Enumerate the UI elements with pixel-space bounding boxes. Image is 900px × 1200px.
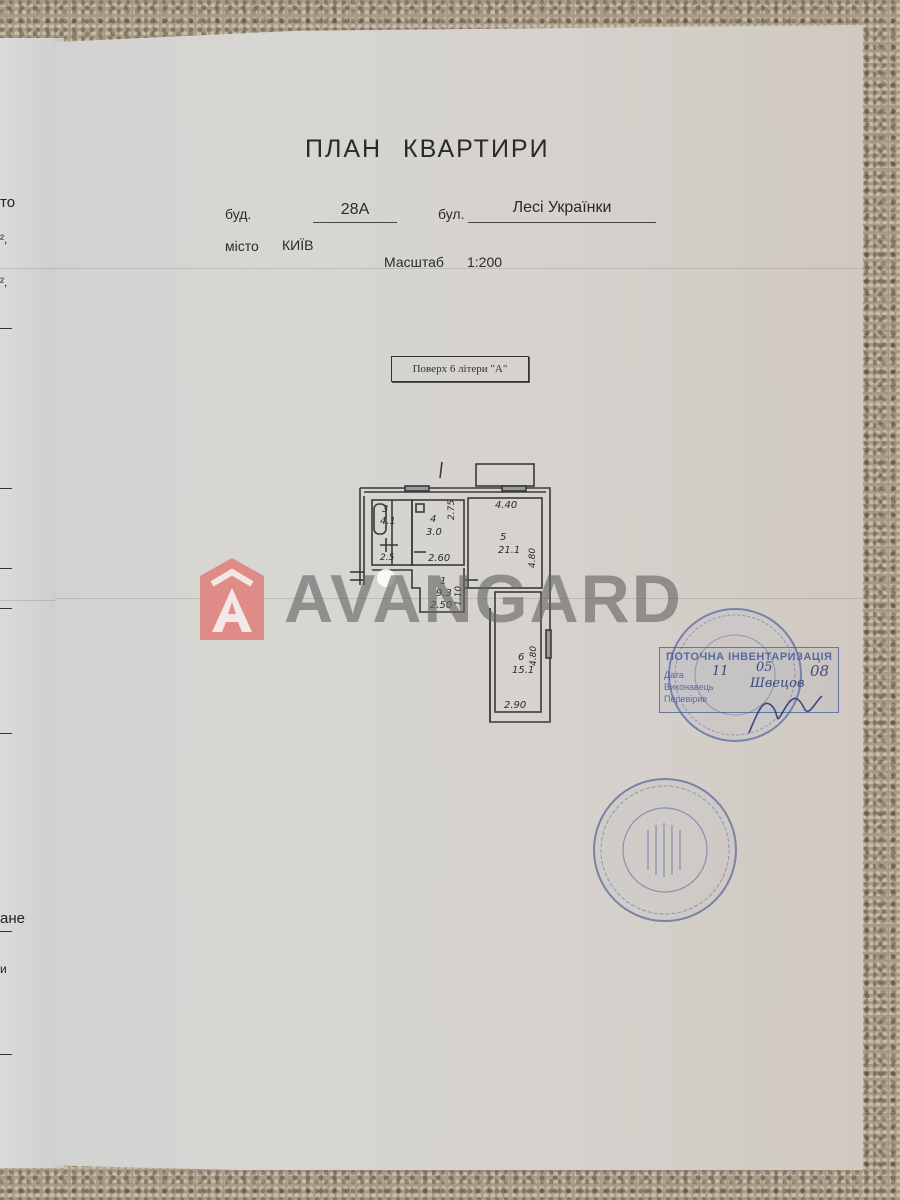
floor-label-box: Поверх 6 літери "А" [391,356,529,382]
room-number: 3 [382,504,388,515]
street-name: Лесі Українки [468,199,656,217]
stamp-day: 11 [712,664,729,679]
stamp-row-label: Перевірив [664,694,707,704]
underline [0,568,12,569]
room-number: 4 [430,514,436,525]
room-area: 3.0 [426,527,442,538]
underline [0,608,12,609]
signature [744,688,824,738]
scale-label: Масштаб [384,254,444,270]
fold-line [0,268,64,269]
avangard-logo-icon [200,558,264,640]
underline [313,222,397,223]
fold-line [55,268,863,269]
room-dimension: 4.40 [495,500,517,511]
city-name: КИЇВ [282,237,313,253]
room-number: 6 [518,652,524,663]
room-number: 5 [500,532,506,543]
room-area: 4.1 [380,516,396,527]
stamp-month: 05 [756,660,773,675]
scale-value: 1:200 [467,254,502,270]
room-dimension: 4.80 [529,646,539,666]
building-number: 28А [313,201,397,219]
text-fragment: ², [0,275,7,289]
underline [0,488,12,489]
stamp-row-label: Виконавець [664,682,714,692]
underline [0,1054,12,1055]
stamp-row-label: Дата [664,670,684,680]
room-area: 21.1 [498,545,520,556]
underline [0,931,12,932]
document-title: ПЛАН КВАРТИРИ [305,135,550,164]
room-dimension: 2.90 [504,700,526,711]
fold-line [0,600,64,601]
text-fragment: ане [0,910,25,927]
underline [0,328,12,329]
inventory-stamp: ПОТОЧНА ІНВЕНТАРИЗАЦІЯ Дата Виконавець П… [659,647,839,713]
underline [468,222,656,223]
street-label: бул. [438,206,464,222]
floor-plan-document: ПЛАН КВАРТИРИ буд. 28А бул. Лесі Українк… [55,25,863,1170]
room-dimension: 2.75 [447,500,457,520]
watermark: AVANGARD [200,558,683,640]
city-label: місто [225,238,259,254]
text-fragment: то [0,194,15,211]
text-fragment: ², [0,232,7,246]
stamp-year: 08 [810,662,829,680]
watermark-brand: AVANGARD [284,565,683,633]
adjacent-sheet: то ², ², ане и [0,38,64,1168]
text-fragment: и [0,962,7,976]
underline [0,733,12,734]
stamp-heading: ПОТОЧНА ІНВЕНТАРИЗАЦІЯ [666,651,832,663]
building-label: буд. [225,206,251,222]
round-seal-stamp [590,775,740,925]
